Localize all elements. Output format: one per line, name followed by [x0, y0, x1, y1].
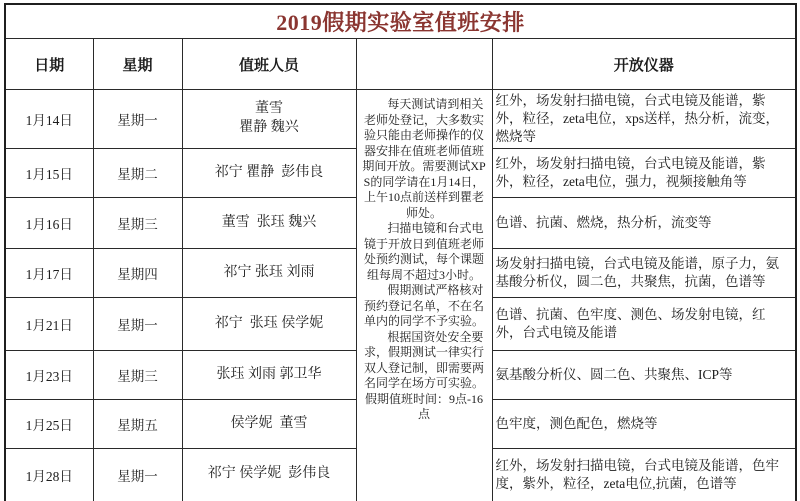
date-cell: 1月23日	[5, 351, 93, 400]
instruments-cell: 红外，场发射扫描电镜，台式电镜及能谱，紫外，粒径，zeta电位，xps送样，热分…	[492, 90, 796, 149]
week-cell: 星期五	[93, 400, 182, 449]
page-title: 2019假期实验室值班安排	[5, 4, 796, 39]
week-cell: 星期三	[93, 198, 182, 249]
date-cell: 1月25日	[5, 400, 93, 449]
date-cell: 1月17日	[5, 249, 93, 298]
notes-paragraph: 每天测试请到相关老师处登记，大多数实验只能由老师操作的仪器安排在值班老师值班期间…	[360, 97, 489, 221]
col-header-staff: 值班人员	[182, 39, 356, 90]
staff-cell: 董雪 张珏 魏兴	[182, 198, 356, 249]
date-cell: 1月16日	[5, 198, 93, 249]
duty-schedule-table: 2019假期实验室值班安排 日期 星期 值班人员 开放仪器 1月14日 星期一 …	[4, 3, 797, 501]
instruments-cell: 氨基酸分析仪、圆二色、共聚焦、ICP等	[492, 351, 796, 400]
staff-cell: 祁宁 张珏 刘雨	[182, 249, 356, 298]
notes-paragraph: 根据国资处安全要求，假期测试一律实行双人登记制，即需要两名同学在场方可实验。	[360, 330, 489, 392]
week-cell: 星期四	[93, 249, 182, 298]
instruments-cell: 红外，场发射扫描电镜，台式电镜及能谱，色牢度，紫外，粒径，zeta电位,抗菌，色…	[492, 449, 796, 501]
header-row: 日期 星期 值班人员 开放仪器	[5, 39, 796, 90]
week-cell: 星期一	[93, 449, 182, 501]
instruments-cell: 色牢度，测色配色，燃烧等	[492, 400, 796, 449]
week-cell: 星期三	[93, 351, 182, 400]
date-cell: 1月14日	[5, 90, 93, 149]
date-cell: 1月15日	[5, 149, 93, 198]
title-row: 2019假期实验室值班安排	[5, 4, 796, 39]
week-cell: 星期一	[93, 298, 182, 351]
week-cell: 星期一	[93, 90, 182, 149]
notes-paragraph: 假期值班时间：9点-16点	[360, 392, 489, 423]
notes-cell: 每天测试请到相关老师处登记，大多数实验只能由老师操作的仪器安排在值班老师值班期间…	[356, 90, 492, 501]
lab-duty-schedule-document: 2019假期实验室值班安排 日期 星期 值班人员 开放仪器 1月14日 星期一 …	[0, 0, 800, 501]
date-cell: 1月21日	[5, 298, 93, 351]
staff-cell: 侯学妮 董雪	[182, 400, 356, 449]
notes-paragraph: 扫描电镜和台式电镜于开放日到值班老师处预约测试，每个课题组每周不超过3小时。	[360, 221, 489, 283]
instruments-cell: 色谱、抗菌、燃烧，热分析，流变等	[492, 198, 796, 249]
week-cell: 星期二	[93, 149, 182, 198]
notes-paragraph: 假期测试严格核对预约登记名单，不在名单内的同学不予实验。	[360, 283, 489, 330]
instruments-cell: 色谱、抗菌、色牢度、测色、场发射电镜，红外，台式电镜及能谱	[492, 298, 796, 351]
col-header-instruments: 开放仪器	[492, 39, 796, 90]
date-cell: 1月28日	[5, 449, 93, 501]
staff-cell: 祁宁 张珏 侯学妮	[182, 298, 356, 351]
table-row: 1月14日 星期一 董雪 瞿静 魏兴 每天测试请到相关老师处登记，大多数实验只能…	[5, 90, 796, 149]
col-header-date: 日期	[5, 39, 93, 90]
instruments-cell: 场发射扫描电镜，台式电镜及能谱，原子力，氨基酸分析仪，圆二色，共聚焦，抗菌，色谱…	[492, 249, 796, 298]
col-header-week: 星期	[93, 39, 182, 90]
instruments-cell: 红外，场发射扫描电镜，台式电镜及能谱，紫外，粒径，zeta电位，强力，视频接触角…	[492, 149, 796, 198]
staff-cell: 张珏 刘雨 郭卫华	[182, 351, 356, 400]
col-header-notes	[356, 39, 492, 90]
staff-cell: 祁宁 侯学妮 彭伟良	[182, 449, 356, 501]
staff-cell: 董雪 瞿静 魏兴	[182, 90, 356, 149]
staff-cell: 祁宁 瞿静 彭伟良	[182, 149, 356, 198]
